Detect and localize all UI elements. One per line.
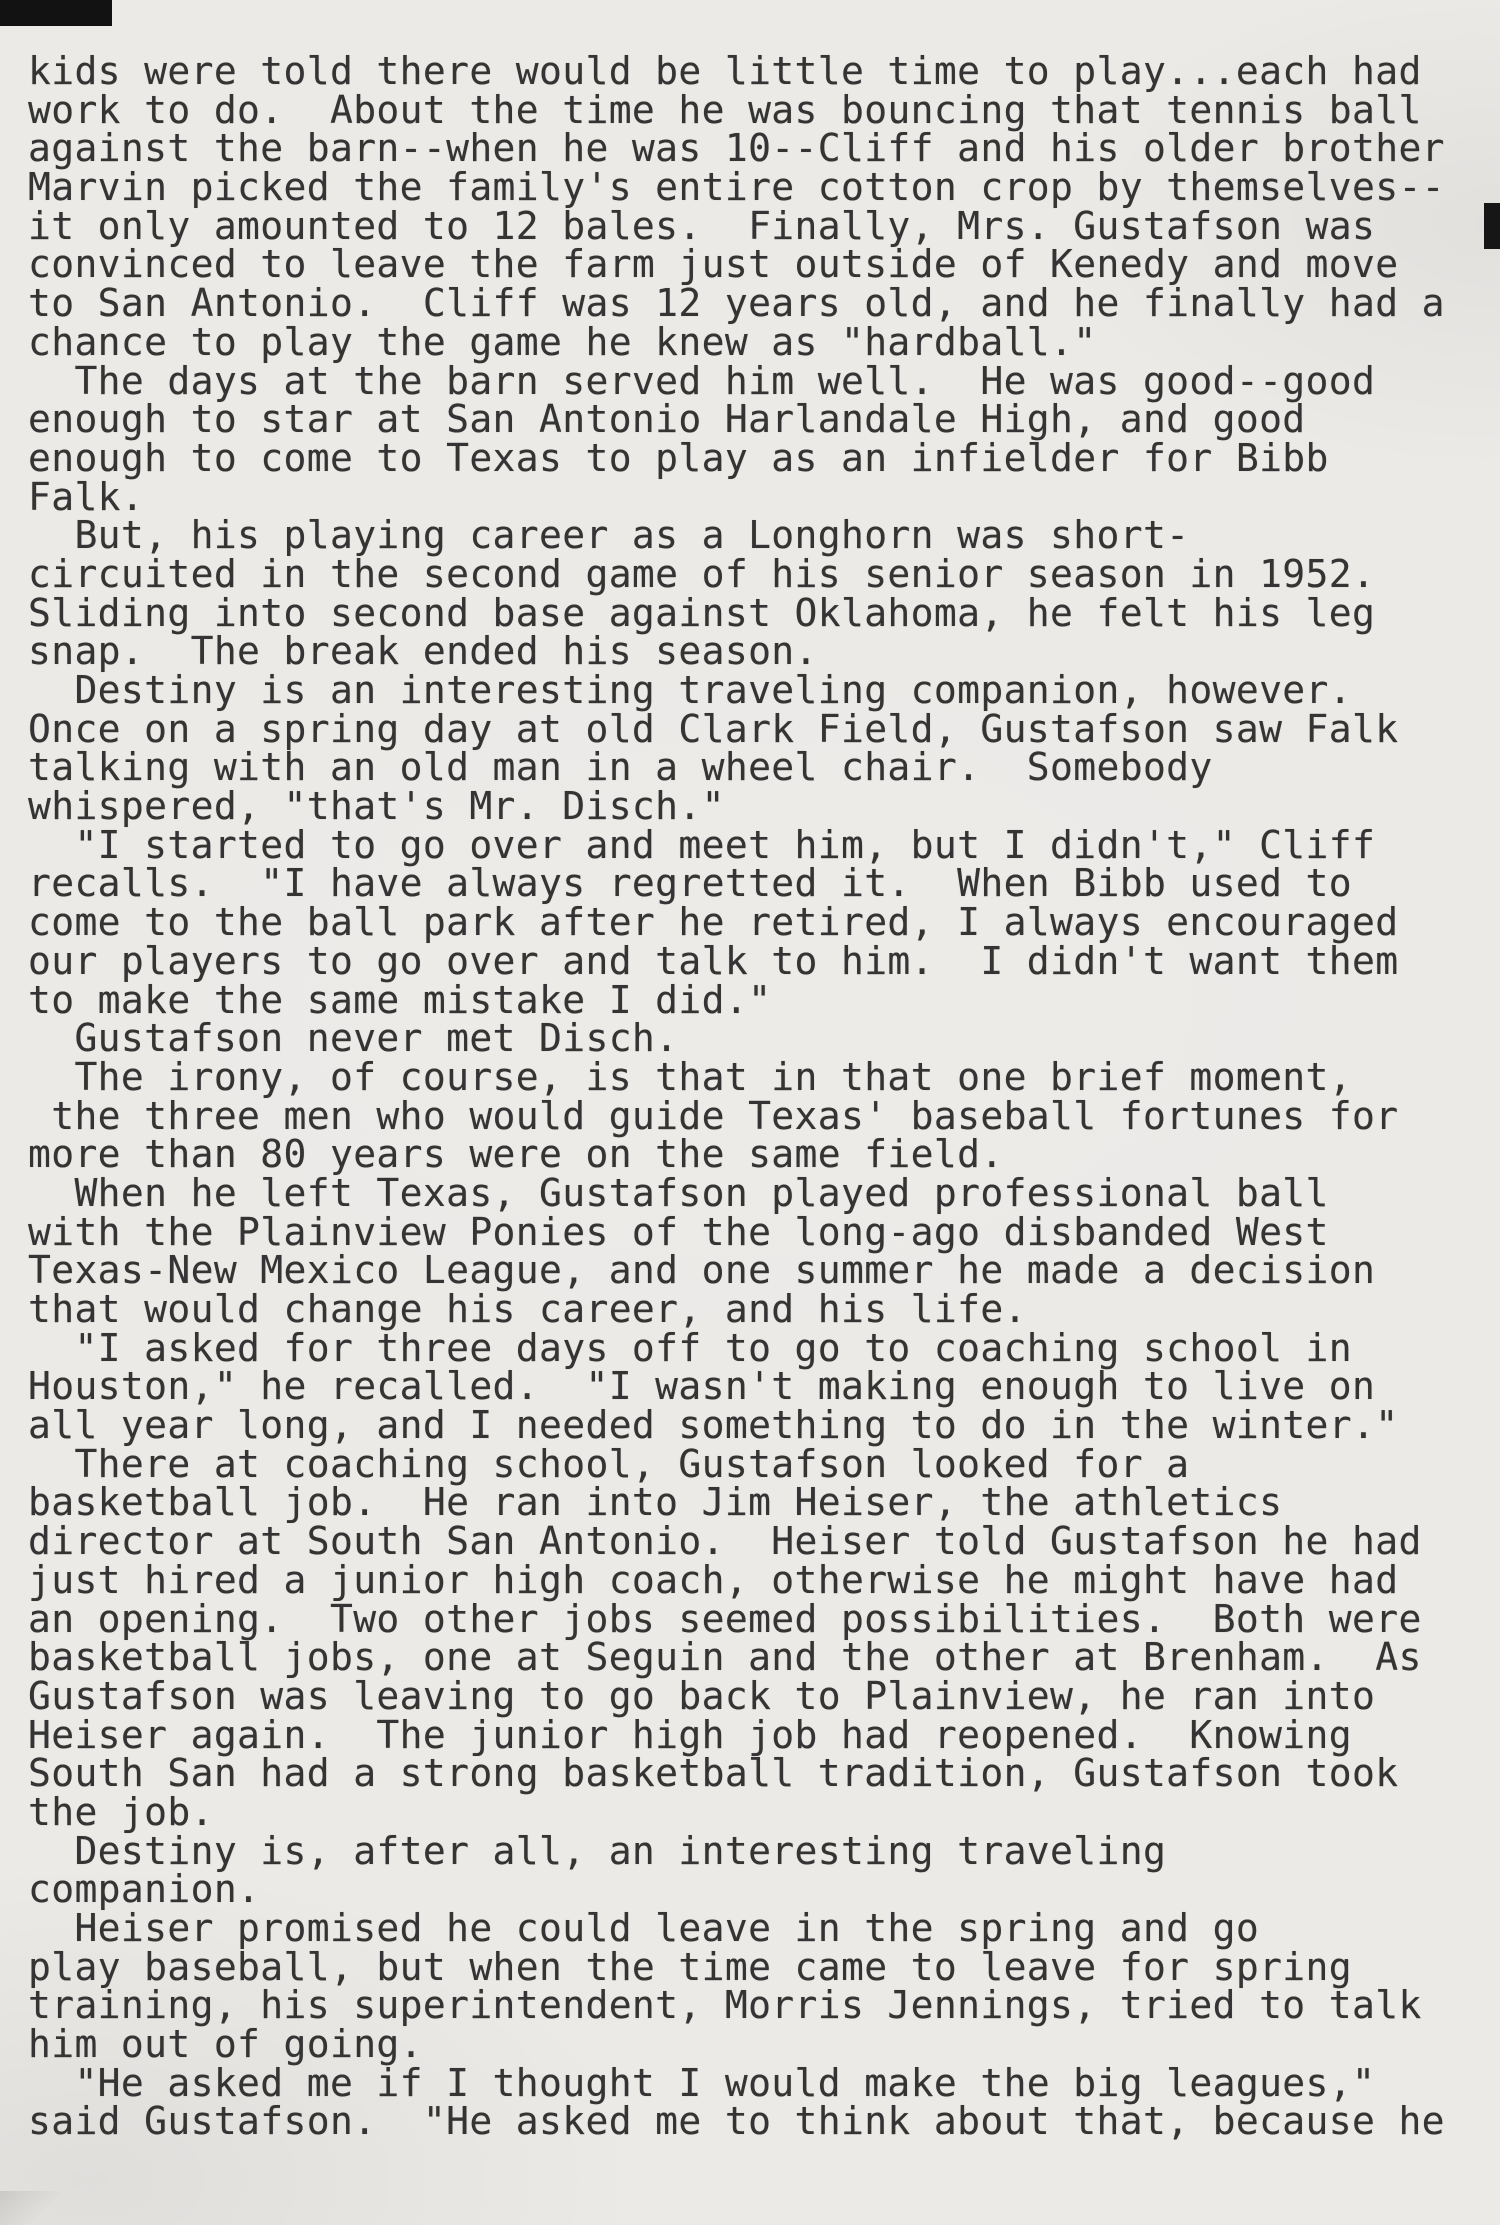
text-line: our players to go over and talk to him. … xyxy=(28,942,1488,981)
text-line: play baseball, but when the time came to… xyxy=(28,1948,1488,1987)
text-line: recalls. "I have always regretted it. Wh… xyxy=(28,864,1488,903)
text-line: circuited in the second game of his seni… xyxy=(28,555,1488,594)
text-line: Destiny is an interesting traveling comp… xyxy=(28,671,1488,710)
text-line: it only amounted to 12 bales. Finally, M… xyxy=(28,207,1488,246)
text-line: Gustafson never met Disch. xyxy=(28,1019,1488,1058)
text-line: training, his superintendent, Morris Jen… xyxy=(28,1986,1488,2025)
text-line: with the Plainview Ponies of the long-ag… xyxy=(28,1213,1488,1252)
text-line: enough to come to Texas to play as an in… xyxy=(28,439,1488,478)
text-line: kids were told there would be little tim… xyxy=(28,52,1488,91)
text-line: South San had a strong basketball tradit… xyxy=(28,1754,1488,1793)
text-line: Falk. xyxy=(28,478,1488,517)
text-line: Heiser promised he could leave in the sp… xyxy=(28,1909,1488,1948)
text-lines: kids were told there would be little tim… xyxy=(28,52,1488,2141)
scan-artifact-bottom-smudge xyxy=(0,2191,60,2225)
text-line: Heiser again. The junior high job had re… xyxy=(28,1716,1488,1755)
text-line: There at coaching school, Gustafson look… xyxy=(28,1445,1488,1484)
text-line: work to do. About the time he was bounci… xyxy=(28,91,1488,130)
text-line: enough to star at San Antonio Harlandale… xyxy=(28,400,1488,439)
text-line: basketball job. He ran into Jim Heiser, … xyxy=(28,1483,1488,1522)
text-line: the three men who would guide Texas' bas… xyxy=(28,1097,1488,1136)
text-line: whispered, "that's Mr. Disch." xyxy=(28,787,1488,826)
text-line: Once on a spring day at old Clark Field,… xyxy=(28,710,1488,749)
text-line: The irony, of course, is that in that on… xyxy=(28,1058,1488,1097)
text-line: But, his playing career as a Longhorn wa… xyxy=(28,516,1488,555)
text-line: an opening. Two other jobs seemed possib… xyxy=(28,1600,1488,1639)
text-line: to San Antonio. Cliff was 12 years old, … xyxy=(28,284,1488,323)
text-line: snap. The break ended his season. xyxy=(28,632,1488,671)
text-line: Marvin picked the family's entire cotton… xyxy=(28,168,1488,207)
text-line: convinced to leave the farm just outside… xyxy=(28,245,1488,284)
text-line: that would change his career, and his li… xyxy=(28,1290,1488,1329)
text-line: talking with an old man in a wheel chair… xyxy=(28,748,1488,787)
text-line: basketball jobs, one at Seguin and the o… xyxy=(28,1638,1488,1677)
text-line: companion. xyxy=(28,1870,1488,1909)
text-line: more than 80 years were on the same fiel… xyxy=(28,1135,1488,1174)
text-line: "I asked for three days off to go to coa… xyxy=(28,1329,1488,1368)
text-line: "I started to go over and meet him, but … xyxy=(28,826,1488,865)
text-line: Gustafson was leaving to go back to Plai… xyxy=(28,1677,1488,1716)
text-line: Sliding into second base against Oklahom… xyxy=(28,594,1488,633)
text-line: against the barn--when he was 10--Cliff … xyxy=(28,129,1488,168)
text-line: to make the same mistake I did." xyxy=(28,981,1488,1020)
text-line: When he left Texas, Gustafson played pro… xyxy=(28,1174,1488,1213)
text-line: the job. xyxy=(28,1793,1488,1832)
text-line: said Gustafson. "He asked me to think ab… xyxy=(28,2102,1488,2141)
text-line: him out of going. xyxy=(28,2025,1488,2064)
text-line: Houston," he recalled. "I wasn't making … xyxy=(28,1367,1488,1406)
text-line: "He asked me if I thought I would make t… xyxy=(28,2064,1488,2103)
text-line: Destiny is, after all, an interesting tr… xyxy=(28,1832,1488,1871)
text-line: The days at the barn served him well. He… xyxy=(28,362,1488,401)
text-line: just hired a junior high coach, otherwis… xyxy=(28,1561,1488,1600)
text-line: director at South San Antonio. Heiser to… xyxy=(28,1522,1488,1561)
scan-artifact-top-left xyxy=(0,0,112,26)
text-line: come to the ball park after he retired, … xyxy=(28,903,1488,942)
document-page: kids were told there would be little tim… xyxy=(0,0,1500,2225)
text-line: all year long, and I needed something to… xyxy=(28,1406,1488,1445)
text-line: Texas-New Mexico League, and one summer … xyxy=(28,1251,1488,1290)
text-line: chance to play the game he knew as "hard… xyxy=(28,323,1488,362)
